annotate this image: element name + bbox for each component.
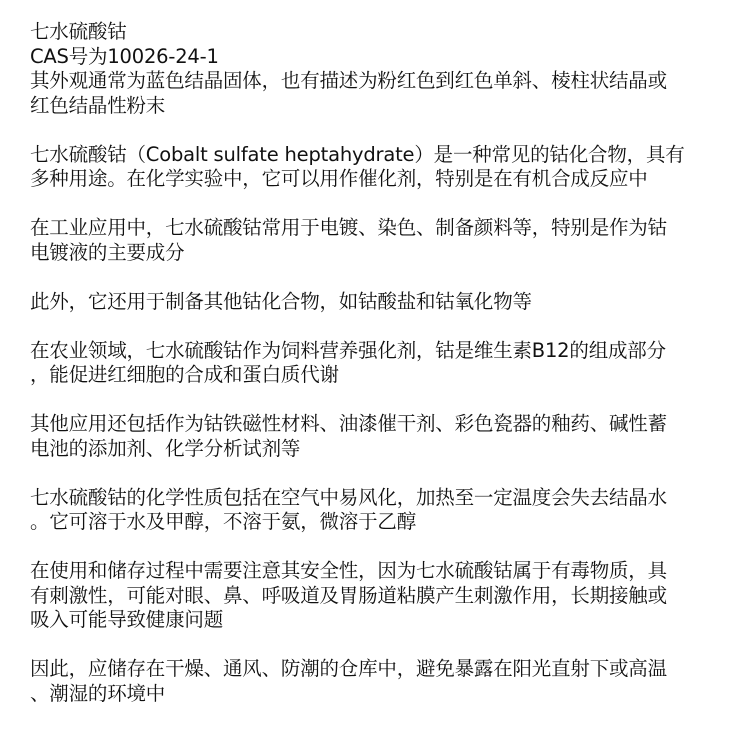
text-line: 电池的添加剂、化学分析试剂等 bbox=[30, 437, 730, 462]
text-line: 其他应用还包括作为钴铁磁性材料、油漆催干剂、彩色瓷器的釉药、碱性蓄 bbox=[30, 412, 730, 437]
text-line: 七水硫酸钴的化学性质包括在空气中易风化，加热至一定温度会失去结晶水 bbox=[30, 486, 730, 511]
text-line: 电镀液的主要成分 bbox=[30, 241, 730, 266]
paragraph-other-compounds: 此外，它还用于制备其他钴化合物，如钴酸盐和钴氧化物等 bbox=[30, 290, 730, 315]
text-line: 红色结晶性粉末 bbox=[30, 94, 730, 119]
cas-number: CAS号为10026-24-1 bbox=[30, 45, 730, 70]
text-line: 此外，它还用于制备其他钴化合物，如钴酸盐和钴氧化物等 bbox=[30, 290, 730, 315]
paragraph-gap bbox=[30, 461, 730, 486]
text-line: 、潮湿的环境中 bbox=[30, 682, 730, 707]
text-line: 多种用途。在化学实验中，它可以用作催化剂，特别是在有机合成反应中 bbox=[30, 167, 730, 192]
text-line: 在农业领域，七水硫酸钴作为饲料营养强化剂，钴是维生素B12的组成部分 bbox=[30, 339, 730, 364]
text-line: 。它可溶于水及甲醇，不溶于氨，微溶于乙醇 bbox=[30, 510, 730, 535]
document-title: 七水硫酸钴 bbox=[30, 20, 730, 45]
paragraph-other-applications: 其他应用还包括作为钴铁磁性材料、油漆催干剂、彩色瓷器的釉药、碱性蓄 电池的添加剂… bbox=[30, 412, 730, 461]
paragraph-intro: 七水硫酸钴（Cobalt sulfate heptahydrate）是一种常见的… bbox=[30, 143, 730, 192]
text-line: 因此，应储存在干燥、通风、防潮的仓库中，避免暴露在阳光直射下或高温 bbox=[30, 657, 730, 682]
paragraph-gap bbox=[30, 314, 730, 339]
text-line: 在工业应用中，七水硫酸钴常用于电镀、染色、制备颜料等，特别是作为钴 bbox=[30, 216, 730, 241]
text-line: 七水硫酸钴（Cobalt sulfate heptahydrate）是一种常见的… bbox=[30, 143, 730, 168]
text-line: 在使用和储存过程中需要注意其安全性，因为七水硫酸钴属于有毒物质，具 bbox=[30, 559, 730, 584]
paragraph-gap bbox=[30, 388, 730, 413]
paragraph-agriculture: 在农业领域，七水硫酸钴作为饲料营养强化剂，钴是维生素B12的组成部分 ，能促进红… bbox=[30, 339, 730, 388]
paragraph-storage: 因此，应储存在干燥、通风、防潮的仓库中，避免暴露在阳光直射下或高温 、潮湿的环境… bbox=[30, 657, 730, 706]
text-line: 吸入可能导致健康问题 bbox=[30, 608, 730, 633]
text-line: 其外观通常为蓝色结晶固体，也有描述为粉红色到红色单斜、棱柱状结晶或 bbox=[30, 69, 730, 94]
paragraph-chemical-properties: 七水硫酸钴的化学性质包括在空气中易风化，加热至一定温度会失去结晶水 。它可溶于水… bbox=[30, 486, 730, 535]
paragraph-safety: 在使用和储存过程中需要注意其安全性，因为七水硫酸钴属于有毒物质，具 有刺激性，可… bbox=[30, 559, 730, 633]
paragraph-gap bbox=[30, 118, 730, 143]
document-body: 七水硫酸钴 CAS号为10026-24-1 其外观通常为蓝色结晶固体，也有描述为… bbox=[30, 20, 730, 706]
text-line: ，能促进红细胞的合成和蛋白质代谢 bbox=[30, 363, 730, 388]
paragraph-gap bbox=[30, 535, 730, 560]
paragraph-title-cas-appearance: 七水硫酸钴 CAS号为10026-24-1 其外观通常为蓝色结晶固体，也有描述为… bbox=[30, 20, 730, 118]
paragraph-gap bbox=[30, 633, 730, 658]
text-line: 有刺激性，可能对眼、鼻、呼吸道及胃肠道粘膜产生刺激作用，长期接触或 bbox=[30, 584, 730, 609]
paragraph-gap bbox=[30, 265, 730, 290]
paragraph-gap bbox=[30, 192, 730, 217]
paragraph-industrial: 在工业应用中，七水硫酸钴常用于电镀、染色、制备颜料等，特别是作为钴 电镀液的主要… bbox=[30, 216, 730, 265]
